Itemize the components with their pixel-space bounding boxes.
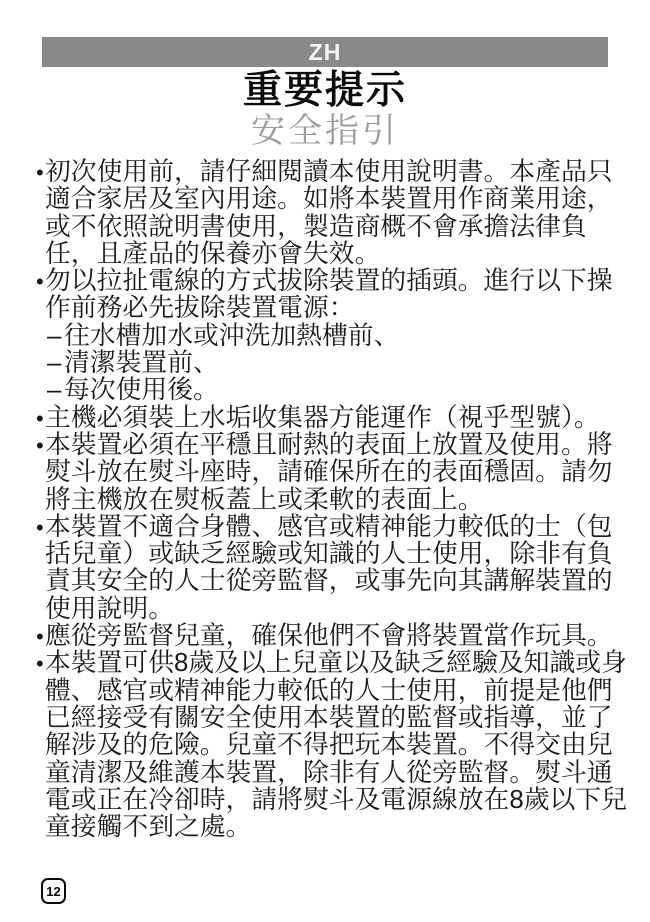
- language-header-bar: ZH: [42, 37, 608, 67]
- safety-instructions: •初次使用前，請仔細閱讀本使用說明書。本產品只 適合家居及室內用途。如將本裝置用…: [36, 159, 621, 841]
- dash-marker: –: [47, 323, 64, 350]
- line-text: 使用說明。: [45, 596, 621, 623]
- line-text: 責其安全的人士從旁監督，或事先向其講解裝置的: [45, 568, 621, 595]
- line-text: 應從旁監督兒童，確保他們不會將裝置當作玩具。: [45, 623, 621, 650]
- bullet-marker: •: [36, 159, 45, 186]
- line-text: 童接觸不到之處。: [45, 814, 621, 841]
- text-line: 體、感官或精神能力較低的人士使用，前提是他們: [36, 678, 621, 705]
- page-number-badge: 12: [41, 878, 66, 904]
- line-text: 將主機放在熨板蓋上或柔軟的表面上。: [45, 487, 621, 514]
- text-line: 責其安全的人士從旁監督，或事先向其講解裝置的: [36, 568, 621, 595]
- text-line: •主機必須裝上水垢收集器方能運作（視乎型號）。: [36, 405, 621, 432]
- text-line: 解涉及的危險。兒童不得把玩本裝置。不得交由兒: [36, 732, 621, 759]
- line-text: 解涉及的危險。兒童不得把玩本裝置。不得交由兒: [45, 732, 621, 759]
- dash-marker: –: [47, 377, 64, 404]
- text-line: 將主機放在熨板蓋上或柔軟的表面上。: [36, 487, 621, 514]
- text-line: –每次使用後。: [36, 377, 621, 404]
- page-number: 12: [46, 885, 60, 898]
- text-line: •勿以拉扯電線的方式拔除裝置的插頭。進行以下操: [36, 268, 621, 295]
- bullet-marker: •: [36, 623, 45, 650]
- text-line: 任，且產品的保養亦會失效。: [36, 241, 621, 268]
- bullet-marker: •: [36, 268, 45, 295]
- text-line: 括兒童）或缺乏經驗或知識的人士使用，除非有負: [36, 541, 621, 568]
- text-line: •本裝置不適合身體、感官或精神能力較低的士（包: [36, 514, 621, 541]
- manual-page: ZH 重要提示 安全指引 •初次使用前，請仔細閱讀本使用說明書。本產品只 適合家…: [0, 0, 650, 922]
- text-line: •初次使用前，請仔細閱讀本使用說明書。本產品只: [36, 159, 621, 186]
- text-line: •應從旁監督兒童，確保他們不會將裝置當作玩具。: [36, 623, 621, 650]
- page-subtitle: 安全指引: [0, 111, 650, 151]
- bullet-marker: •: [36, 405, 45, 432]
- line-text: 童清潔及維護本裝置，除非有人從旁監督。熨斗通: [45, 760, 621, 787]
- line-text: 電或正在冷卻時，請將熨斗及電源線放在8歲以下兒: [45, 787, 627, 814]
- text-line: 或不依照說明書使用，製造商概不會承擔法律負: [36, 214, 621, 241]
- line-text: 任，且產品的保養亦會失效。: [45, 241, 621, 268]
- text-line: 童清潔及維護本裝置，除非有人從旁監督。熨斗通: [36, 760, 621, 787]
- text-line: 適合家居及室內用途。如將本裝置用作商業用途，: [36, 186, 621, 213]
- text-line: 童接觸不到之處。: [36, 814, 621, 841]
- line-text: 或不依照說明書使用，製造商概不會承擔法律負: [45, 214, 621, 241]
- text-line: –清潔裝置前、: [36, 350, 621, 377]
- line-text: 初次使用前，請仔細閱讀本使用說明書。本產品只: [45, 159, 621, 186]
- dash-marker: –: [47, 350, 64, 377]
- text-line: 熨斗放在熨斗座時，請確保所在的表面穩固。請勿: [36, 459, 621, 486]
- line-text: 主機必須裝上水垢收集器方能運作（視乎型號）。: [45, 405, 621, 432]
- line-text: 每次使用後。: [64, 377, 621, 404]
- text-line: –往水槽加水或沖洗加熱槽前、: [36, 323, 621, 350]
- text-line: 使用說明。: [36, 596, 621, 623]
- text-line: •本裝置必須在平穩且耐熱的表面上放置及使用。將: [36, 432, 621, 459]
- line-text: 清潔裝置前、: [64, 350, 621, 377]
- bullet-marker: •: [36, 432, 45, 459]
- line-text: 作前務必先拔除裝置電源：: [45, 295, 621, 322]
- line-text: 體、感官或精神能力較低的人士使用，前提是他們: [45, 678, 621, 705]
- line-text: 適合家居及室內用途。如將本裝置用作商業用途，: [45, 186, 621, 213]
- text-line: 作前務必先拔除裝置電源：: [36, 295, 621, 322]
- line-text: 已經接受有關安全使用本裝置的監督或指導，並了: [45, 705, 621, 732]
- bullet-marker: •: [36, 514, 45, 541]
- line-text: 熨斗放在熨斗座時，請確保所在的表面穩固。請勿: [45, 459, 621, 486]
- line-text: 本裝置必須在平穩且耐熱的表面上放置及使用。將: [45, 432, 621, 459]
- text-line: 電或正在冷卻時，請將熨斗及電源線放在8歲以下兒: [36, 787, 621, 814]
- language-label: ZH: [309, 41, 342, 64]
- line-text: 括兒童）或缺乏經驗或知識的人士使用，除非有負: [45, 541, 621, 568]
- bullet-marker: •: [36, 650, 45, 677]
- line-text: 往水槽加水或沖洗加熱槽前、: [64, 323, 621, 350]
- line-text: 勿以拉扯電線的方式拔除裝置的插頭。進行以下操: [45, 268, 621, 295]
- line-text: 本裝置不適合身體、感官或精神能力較低的士（包: [45, 514, 621, 541]
- text-line: 已經接受有關安全使用本裝置的監督或指導，並了: [36, 705, 621, 732]
- page-title: 重要提示: [0, 69, 650, 113]
- line-text: 本裝置可供8歲及以上兒童以及缺乏經驗及知識或身: [45, 650, 627, 677]
- text-line: •本裝置可供8歲及以上兒童以及缺乏經驗及知識或身: [36, 650, 621, 677]
